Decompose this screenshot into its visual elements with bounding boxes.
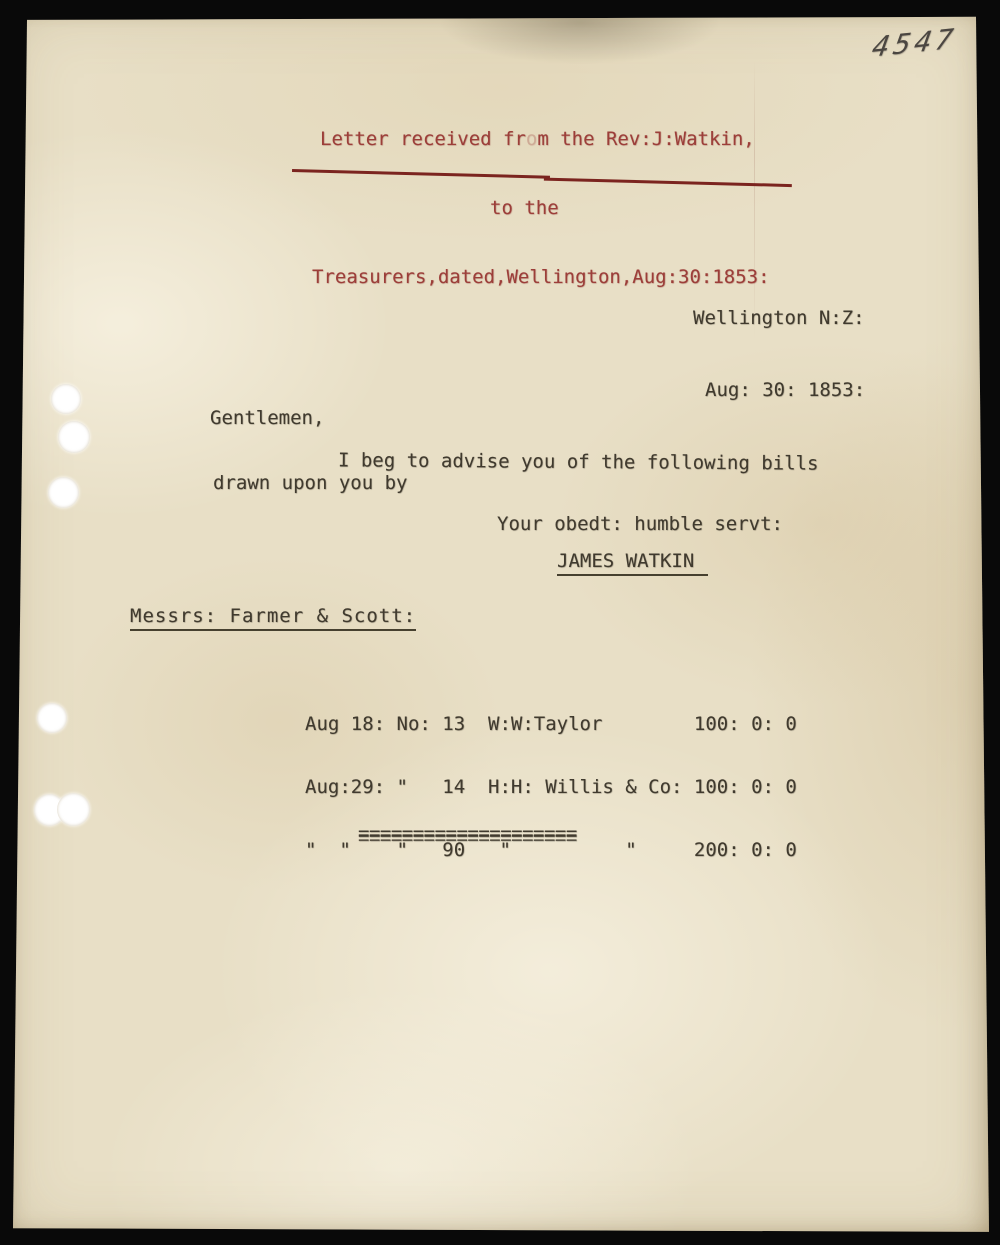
dateline-date: Aug: 30: 1853: (705, 378, 865, 402)
dateline: Wellington N:Z: Aug: 30: 1853: (693, 258, 865, 450)
heading-line-1-post: m the Rev:J:Watkin, (537, 128, 754, 150)
closing-line: Your obedt: humble servt: (497, 513, 783, 535)
hole-punch-2 (58, 421, 90, 453)
hole-punch-4 (37, 703, 67, 733)
hole-punch-6 (57, 793, 90, 826)
addressee-line: Messrs: Farmer & Scott: (130, 605, 416, 631)
hole-punch-1 (51, 384, 81, 414)
bill-line-1: Aug 18: No: 13 W:W:Taylor 100: 0: 0 (305, 714, 797, 735)
bills-table: Aug 18: No: 13 W:W:Taylor 100: 0: 0 Aug:… (305, 672, 797, 903)
hole-punch-3 (48, 477, 79, 508)
faded-letter: o (526, 128, 537, 150)
dateline-place: Wellington N:Z: (693, 306, 865, 330)
paragraph-line-2: drawn upon you by (213, 472, 407, 494)
divider-row-2: ==================== (358, 827, 577, 849)
bill-line-2: Aug:29: " 14 H:H: Willis & Co: 100: 0: 0 (305, 777, 797, 798)
heading-line-2: to the (490, 197, 770, 220)
signature-name: JAMES WATKIN (557, 550, 708, 576)
salutation: Gentlemen, (210, 407, 324, 429)
scan-background: 4547 Letter received from the Rev:J:Watk… (0, 0, 1000, 1245)
paragraph-line-1: I beg to advise you of the following bil… (338, 449, 819, 474)
heading-line-1: Letter received from the Rev:J:Watkin, (320, 128, 770, 151)
letter-page: 4547 Letter received from the Rev:J:Watk… (0, 0, 1000, 1245)
pencil-number: 4547 (869, 23, 959, 64)
heading-line-1-pre: Letter received fr (320, 128, 526, 150)
